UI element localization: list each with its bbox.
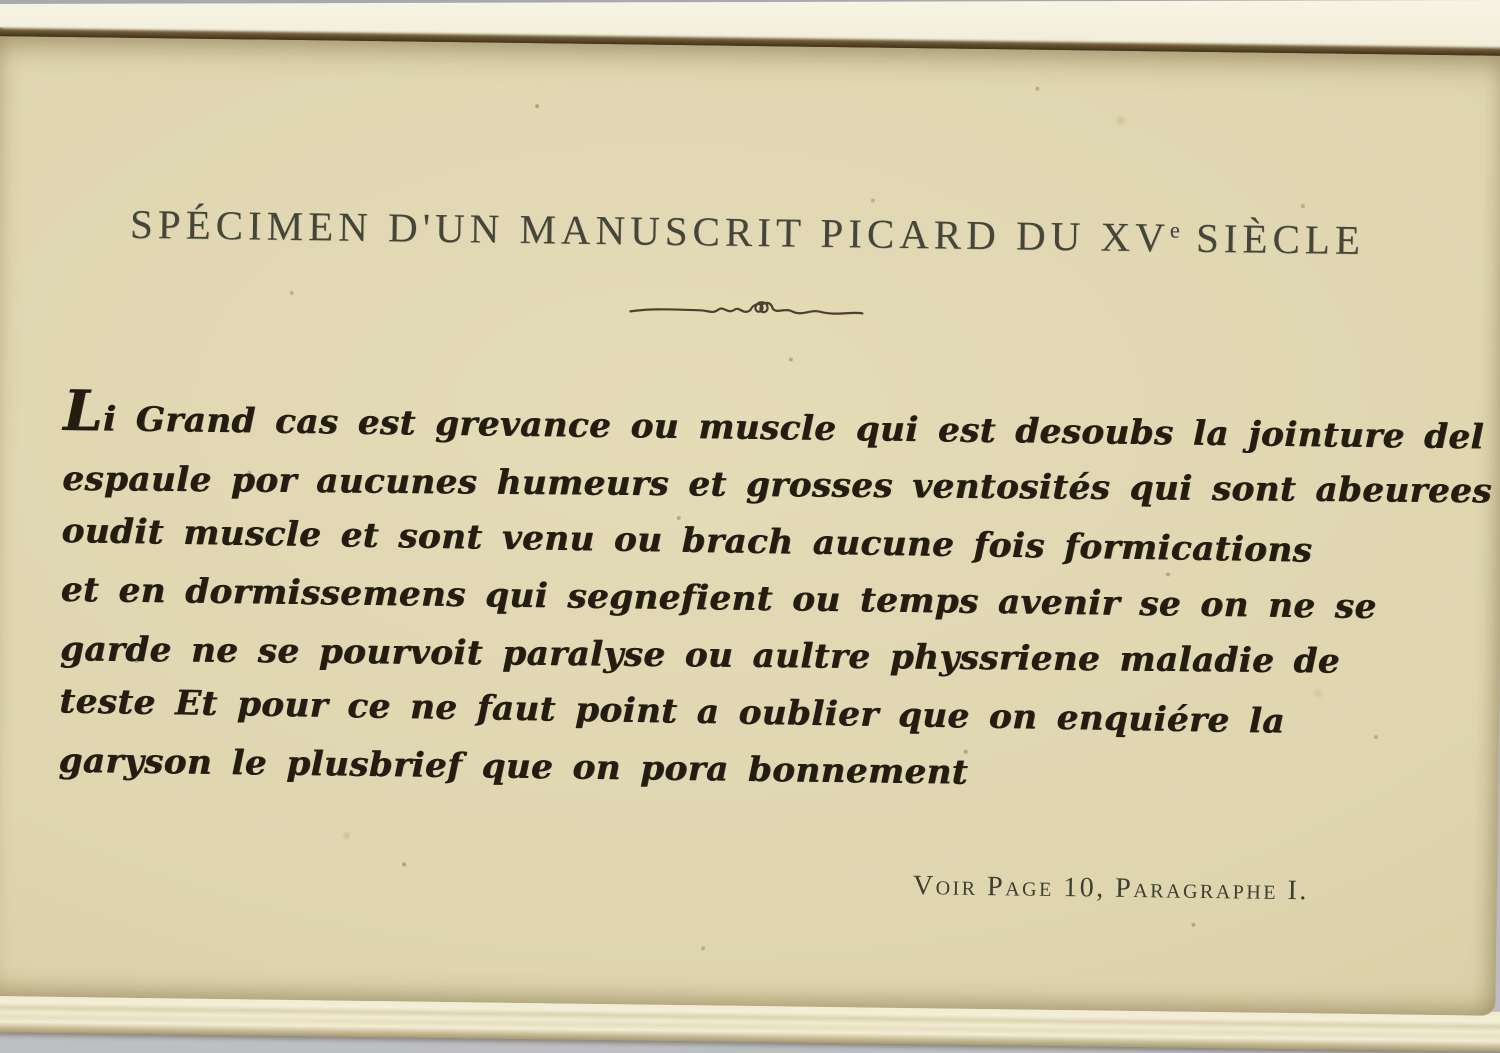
page-title: SPÉCIMEN D'UN MANUSCRIT PICARD DU XVe SI… bbox=[0, 198, 1500, 266]
book-page: SPÉCIMEN D'UN MANUSCRIT PICARD DU XVe SI… bbox=[0, 36, 1500, 1016]
page-title-text: SPÉCIMEN D'UN MANUSCRIT PICARD DU XV bbox=[130, 201, 1170, 261]
book-photo: SPÉCIMEN D'UN MANUSCRIT PICARD DU XVe SI… bbox=[0, 0, 1500, 1053]
caption-reference: Voir Page 10, Paragraphe I. bbox=[913, 870, 1309, 907]
title-superscript: e bbox=[1170, 217, 1181, 242]
divider-flourish-icon bbox=[626, 294, 866, 327]
page-title-text-end: SIÈCLE bbox=[1180, 215, 1365, 263]
manuscript-facsimile: Li Grand cas est grevance ou muscle qui … bbox=[58, 383, 1473, 808]
